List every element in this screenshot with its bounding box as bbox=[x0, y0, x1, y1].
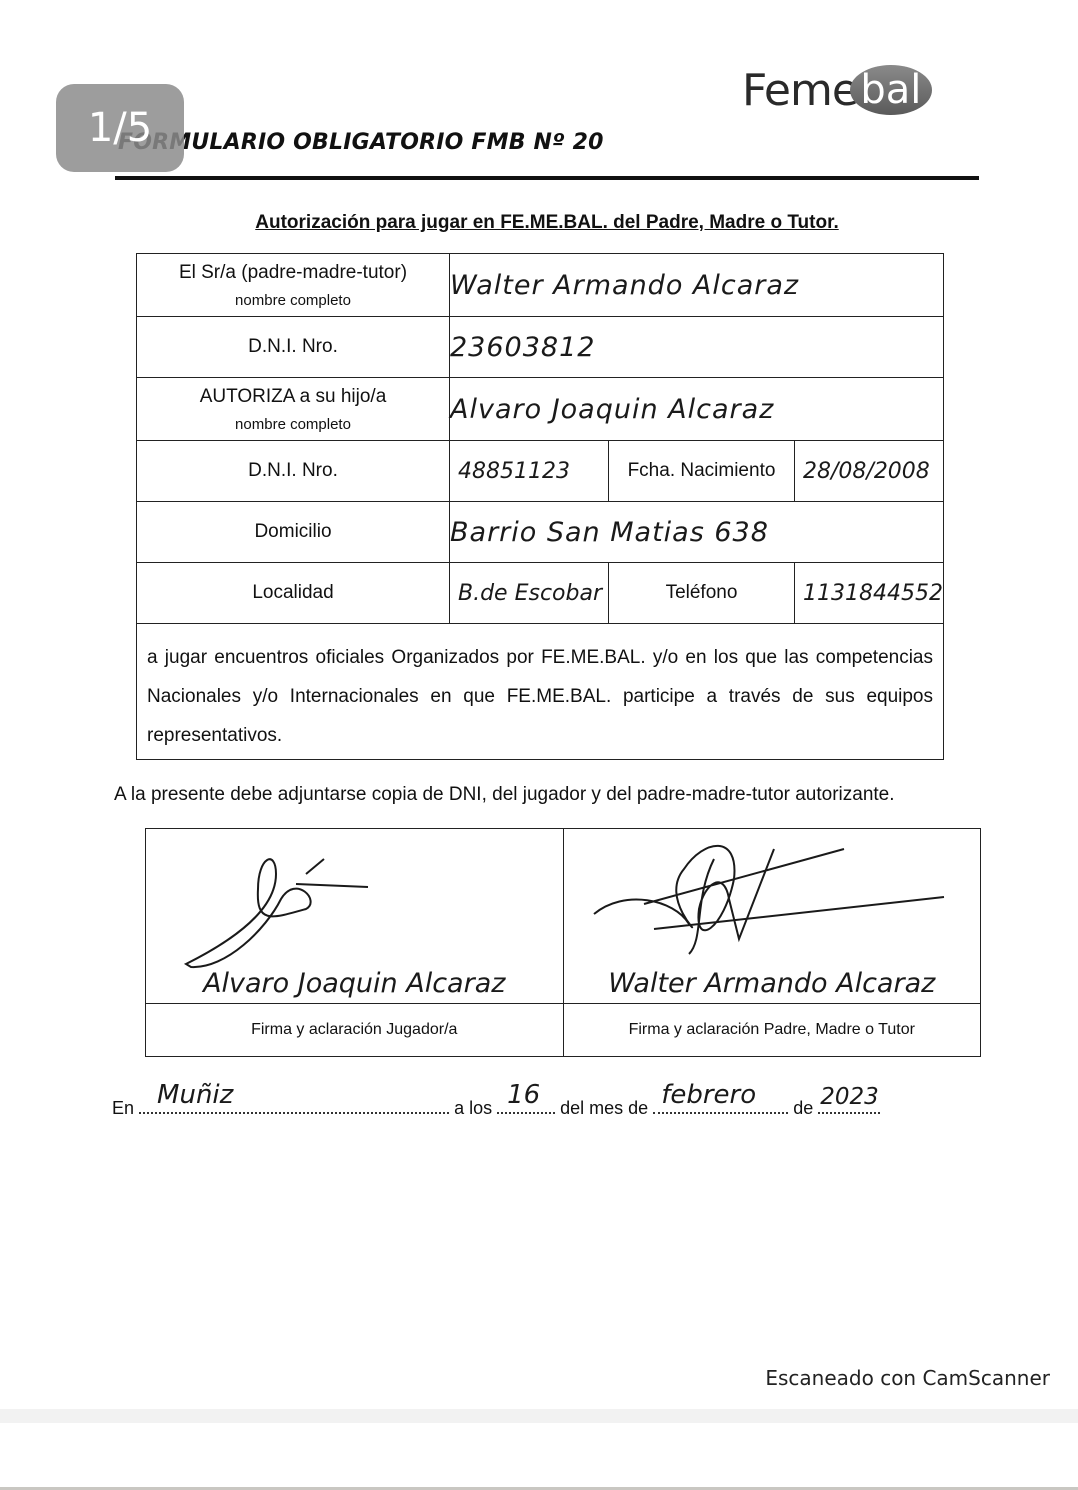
parent-label-cell: El Sr/a (padre-madre-tutor) nombre compl… bbox=[137, 254, 450, 317]
form-title: FORMULARIO OBLIGATORIO FMB Nº 20 bbox=[118, 130, 604, 155]
address-row: Domicilio Barrio San Matias 638 bbox=[137, 502, 944, 563]
child-dni-row: D.N.I. Nro. 48851123 Fcha. Nacimiento 28… bbox=[137, 441, 944, 502]
place-value: Muñiz bbox=[157, 1080, 233, 1110]
child-label: AUTORIZA a su hijo/a bbox=[200, 386, 387, 407]
locality-row: Localidad B.de Escobar Teléfono 11318445… bbox=[137, 563, 944, 624]
place-field: Muñiz bbox=[139, 1092, 449, 1114]
logo-badge: bal bbox=[850, 65, 932, 115]
femebal-logo: Feme bal bbox=[742, 62, 932, 118]
attachment-note: A la presente debe adjuntarse copia de D… bbox=[114, 784, 895, 806]
a-los-label: a los bbox=[454, 1098, 492, 1118]
child-name-field: Alvaro Joaquin Alcaraz bbox=[450, 378, 944, 441]
day-field: 16 bbox=[497, 1092, 555, 1114]
parent-dni-label: D.N.I. Nro. bbox=[137, 317, 450, 378]
terms-cell: a jugar encuentros oficiales Organizados… bbox=[137, 624, 944, 760]
child-name-row: AUTORIZA a su hijo/a nombre completo Alv… bbox=[137, 378, 944, 441]
month-value: febrero bbox=[661, 1080, 756, 1110]
child-dni-label: D.N.I. Nro. bbox=[137, 441, 450, 502]
parent-dni-row: D.N.I. Nro. 23603812 bbox=[137, 317, 944, 378]
year-field: 2023 bbox=[818, 1092, 880, 1114]
page-counter: 1/5 bbox=[56, 84, 184, 172]
locality-field: B.de Escobar bbox=[450, 563, 609, 624]
locality-label: Localidad bbox=[137, 563, 450, 624]
de-label: de bbox=[793, 1098, 813, 1118]
phone-field: 1131844552 bbox=[795, 563, 944, 624]
day-value: 16 bbox=[507, 1080, 540, 1110]
parent-dni-field: 23603812 bbox=[450, 317, 944, 378]
terms-row: a jugar encuentros oficiales Organizados… bbox=[137, 624, 944, 760]
header-divider bbox=[115, 176, 979, 180]
authorization-form-table: El Sr/a (padre-madre-tutor) nombre compl… bbox=[136, 253, 944, 760]
en-label: En bbox=[112, 1098, 134, 1118]
address-field: Barrio San Matias 638 bbox=[450, 502, 944, 563]
parent-sublabel: nombre completo bbox=[137, 292, 449, 309]
camscanner-watermark: Escaneado con CamScanner bbox=[765, 1366, 1050, 1390]
child-label-cell: AUTORIZA a su hijo/a nombre completo bbox=[137, 378, 450, 441]
mes-label: del mes de bbox=[560, 1098, 648, 1118]
parent-signature-box: Walter Armando Alcaraz bbox=[563, 829, 981, 1004]
player-signature-caption: Firma y aclaración Jugador/a bbox=[146, 1004, 564, 1057]
parent-printed-name: Walter Armando Alcaraz bbox=[564, 968, 981, 999]
document-subtitle: Autorización para jugar en FE.ME.BAL. de… bbox=[0, 212, 1078, 234]
phone-label: Teléfono bbox=[609, 563, 795, 624]
player-printed-name: Alvaro Joaquin Alcaraz bbox=[146, 968, 563, 999]
terms-paragraph: a jugar encuentros oficiales Organizados… bbox=[147, 638, 933, 755]
parent-signature-caption: Firma y aclaración Padre, Madre o Tutor bbox=[563, 1004, 981, 1057]
birth-date-label: Fcha. Nacimiento bbox=[609, 441, 795, 502]
month-field: febrero bbox=[653, 1092, 788, 1114]
player-signature-box: Alvaro Joaquin Alcaraz bbox=[146, 829, 564, 1004]
parent-label: El Sr/a (padre-madre-tutor) bbox=[179, 262, 407, 283]
child-dni-field: 48851123 bbox=[450, 441, 609, 502]
child-sublabel: nombre completo bbox=[137, 416, 449, 433]
birth-date-field: 28/08/2008 bbox=[795, 441, 944, 502]
parent-name-field: Walter Armando Alcaraz bbox=[450, 254, 944, 317]
address-label: Domicilio bbox=[137, 502, 450, 563]
logo-text: Feme bbox=[742, 65, 858, 116]
signature-table: Alvaro Joaquin Alcaraz Walter Armando Al… bbox=[145, 828, 981, 1057]
year-value: 2023 bbox=[820, 1084, 879, 1110]
parent-name-row: El Sr/a (padre-madre-tutor) nombre compl… bbox=[137, 254, 944, 317]
page-separator bbox=[0, 1409, 1078, 1423]
place-date-line: En Muñiz a los 16 del mes de febrero de … bbox=[112, 1092, 880, 1119]
